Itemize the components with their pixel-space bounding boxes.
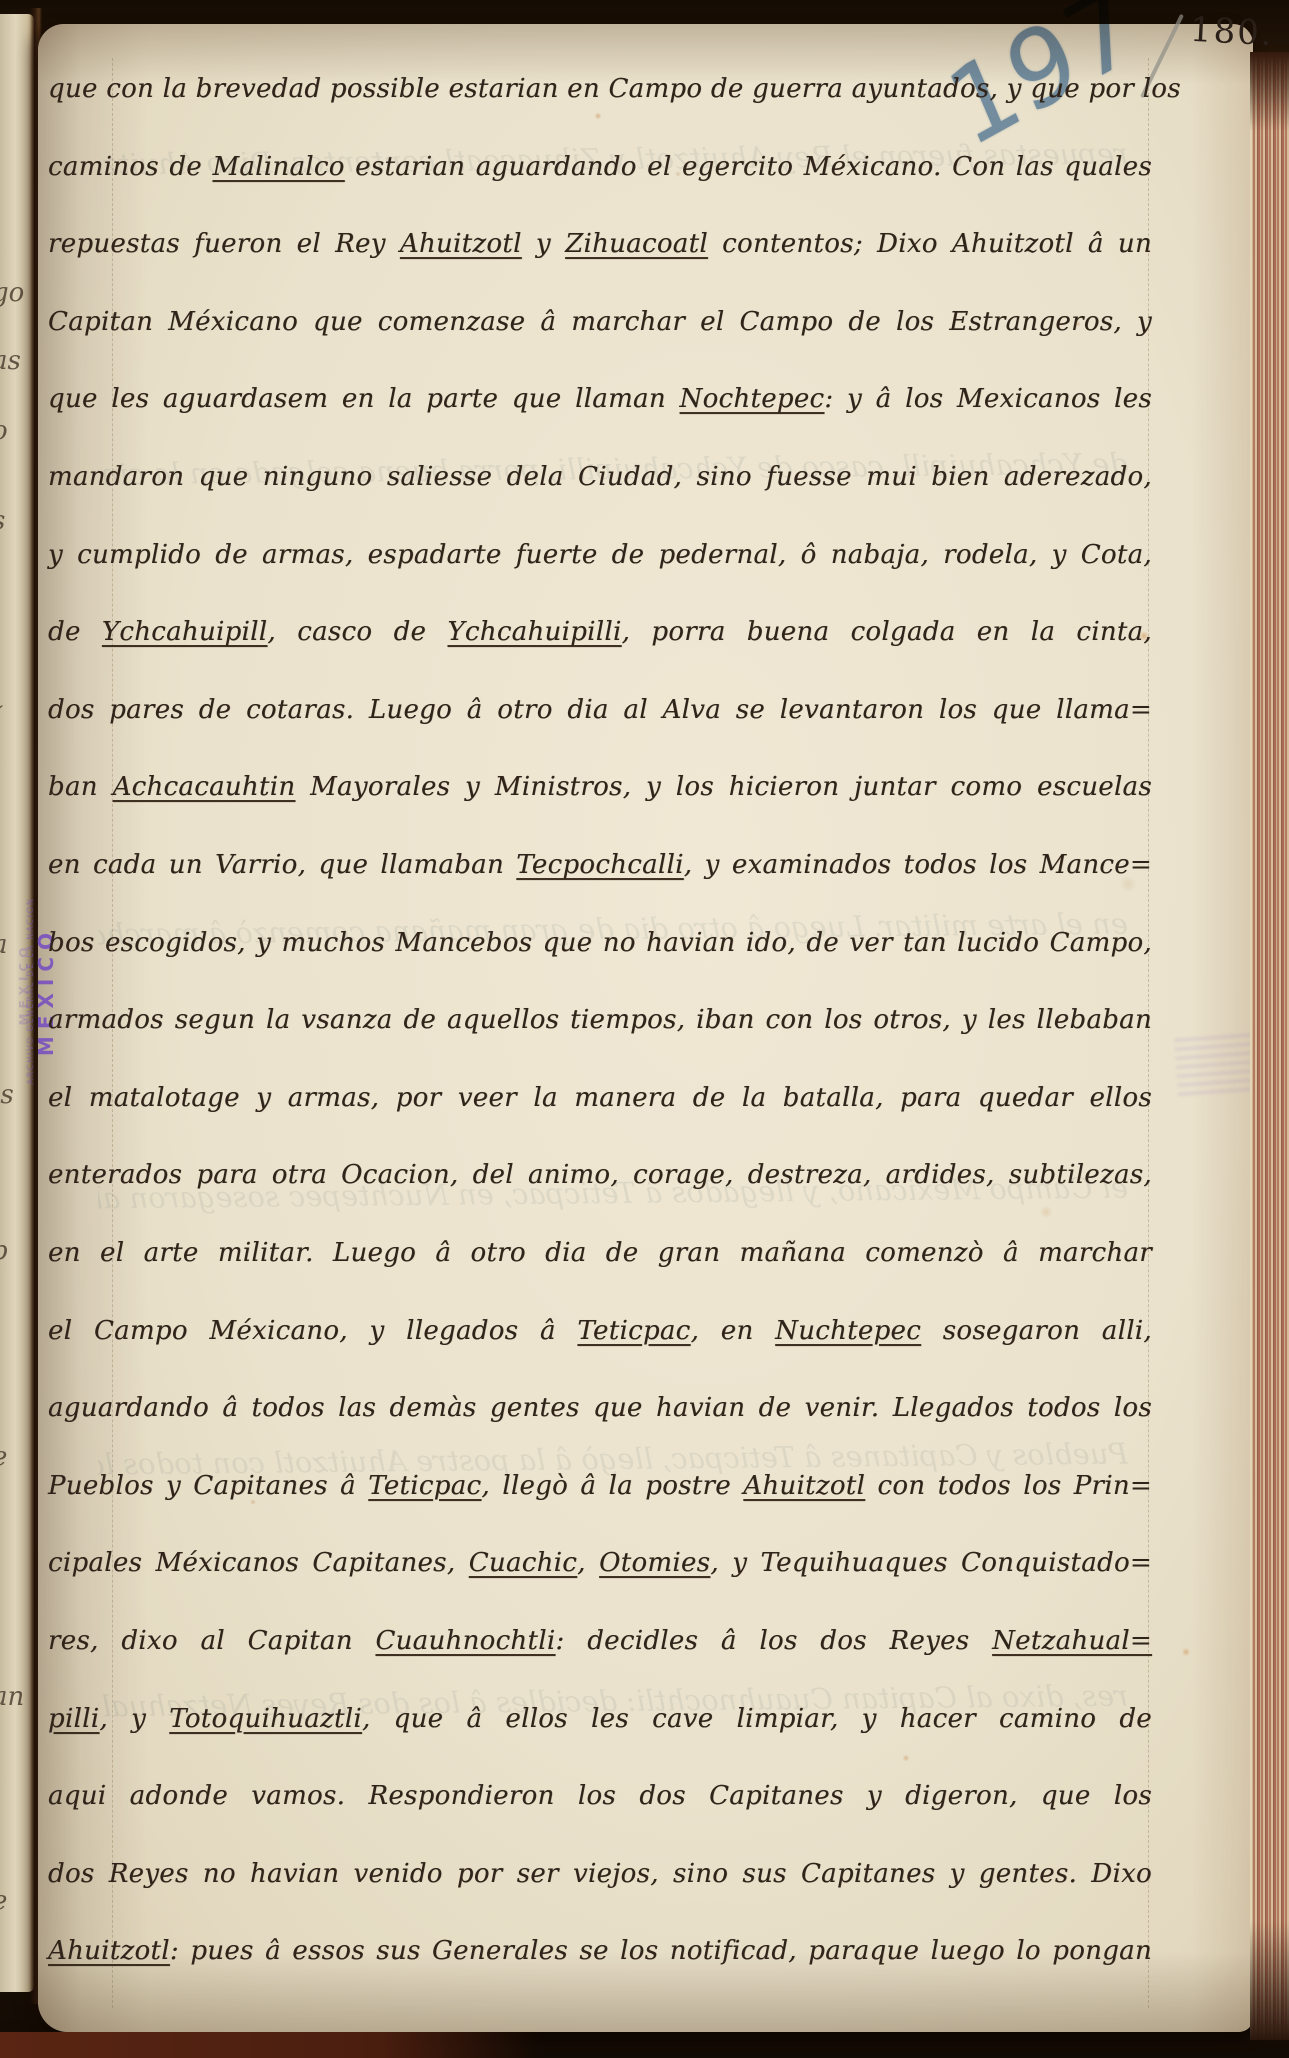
facing-page-text-fragment: is (0, 1080, 14, 1110)
folio-number-ink: 180. (1189, 10, 1275, 54)
manuscript-line: que con la brevedad possible estarian en… (48, 74, 1152, 104)
manuscript-line: en el arte militar. Luego â otro dia de … (48, 1238, 1152, 1268)
manuscript-line: enterados para otra Ocacion, del animo, … (48, 1160, 1152, 1190)
manuscript-line: de Ychcahuipill, casco de Ychcahuipilli,… (48, 617, 1152, 647)
stamp-showthrough (1174, 1033, 1260, 1101)
book-fore-edge (1250, 52, 1289, 2040)
manuscript-line: res, dixo al Capitan Cuauhnochtli: decid… (48, 1626, 1152, 1656)
facing-page-text-fragment: an (0, 1682, 24, 1712)
manuscript-photo: goasos(aisbeane repuestas fueron el Rey … (0, 0, 1289, 2058)
manuscript-line: bos escogidos, y muchos Mancebos que no … (48, 928, 1152, 958)
manuscript-page: repuestas fueron el Rey Ahuitzotl y Zihu… (38, 24, 1253, 2032)
manuscript-line: que les aguardasem en la parte que llama… (48, 384, 1152, 414)
manuscript-line: aguardando â todos las demàs gentes que … (48, 1393, 1152, 1423)
archive-stamp-ghost: MEXICO (17, 899, 33, 1069)
manuscript-line: el matalotage y armas, por veer la maner… (48, 1083, 1152, 1113)
manuscript-line: en cada un Varrio, que llamaban Tecpochc… (48, 850, 1152, 880)
manuscript-line: armados segun la vsanza de aquellos tiem… (48, 1005, 1152, 1035)
manuscript-line: mandaron que ninguno saliesse dela Ciuda… (48, 462, 1152, 492)
manuscript-line: el Campo Méxicano, y llegados â Teticpac… (48, 1316, 1152, 1346)
facing-page-text-fragment: e (0, 1442, 7, 1472)
manuscript-line: dos Reyes no havian venido por ser viejo… (48, 1859, 1152, 1889)
manuscript-line: Capitan Méxicano que comenzase â marchar… (48, 307, 1152, 337)
manuscript-line: aqui adonde vamos. Respondieron los dos … (48, 1781, 1152, 1811)
manuscript-line: Pueblos y Capitanes â Teticpac, llegò â … (48, 1471, 1152, 1501)
manuscript-line: y cumplido de armas, espadarte fuerte de… (48, 540, 1152, 570)
manuscript-line: repuestas fueron el Rey Ahuitzotl y Zihu… (48, 229, 1152, 259)
manuscript-text: que con la brevedad possible estarian en… (48, 74, 1152, 2024)
manuscript-line: dos pares de cotaras. Luego â otro dia a… (48, 695, 1152, 725)
facing-page-text-fragment: b (0, 1236, 9, 1266)
manuscript-line: ban Achcacauhtin Mayorales y Ministros, … (48, 772, 1152, 802)
facing-page-text-fragment: as (0, 346, 21, 376)
manuscript-line: Ahuitzotl: pues â essos sus Generales se… (48, 1936, 1152, 1966)
facing-page-text-fragment: go (0, 278, 24, 308)
facing-page-text-fragment: o (0, 416, 8, 446)
facing-page-text-fragment: a (0, 930, 8, 960)
facing-page-text-fragment: s (0, 506, 5, 536)
facing-page-text-fragment: ( (0, 702, 2, 732)
binding-leather (0, 2032, 540, 2058)
manuscript-line: cipales Méxicanos Capitanes, Cuachic, Ot… (48, 1548, 1152, 1578)
facing-page-text-fragment: e (0, 1886, 7, 1916)
manuscript-line: caminos de Malinalco estarian aguardando… (48, 152, 1152, 182)
manuscript-line: pilli, y Totoquihuaztli, que â ellos les… (48, 1704, 1152, 1734)
